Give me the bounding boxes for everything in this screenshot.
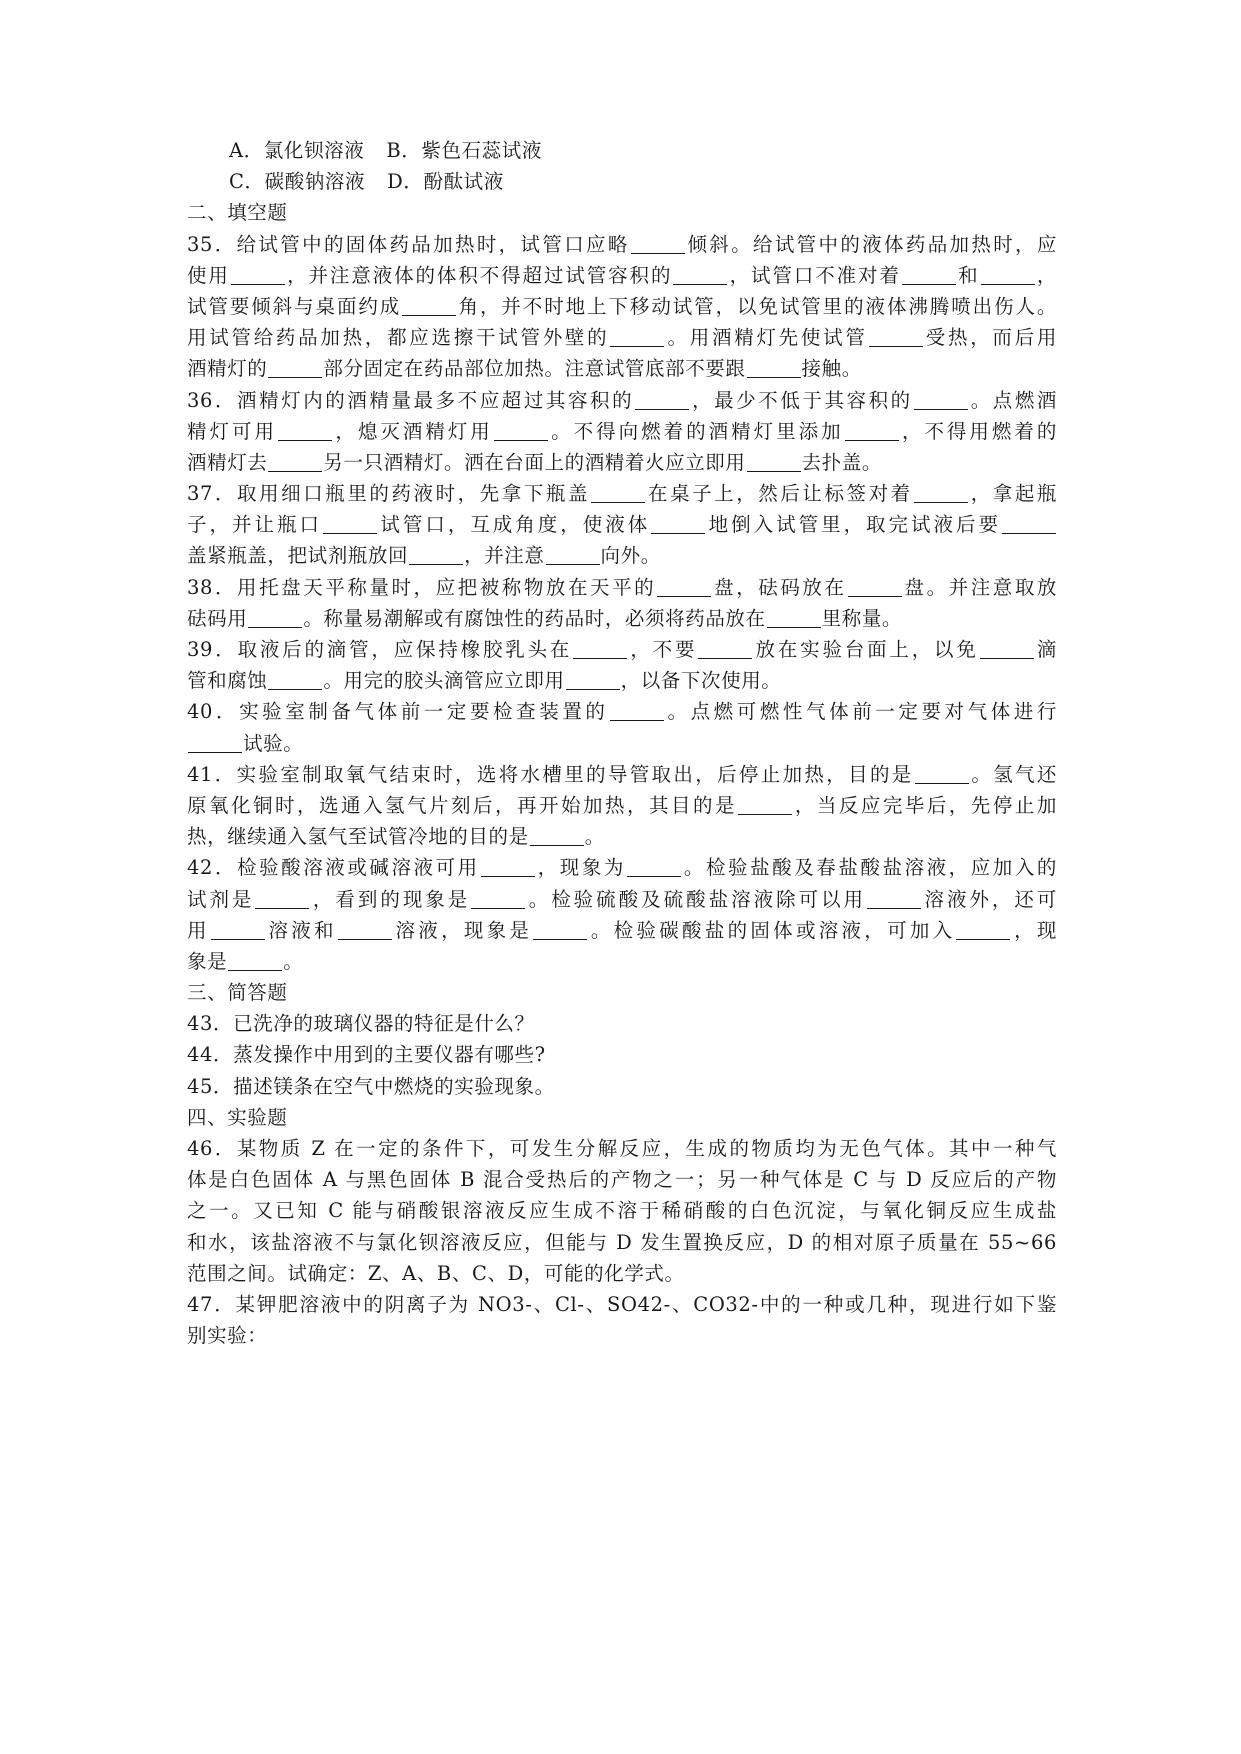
q41-line-2: 原氧化铜时，选通入氢气片刻后，再开始加热，其目的是，当反应完毕后，先停止加 <box>187 790 1057 821</box>
text-segment: 精灯可用 <box>187 420 277 443</box>
answer-blank <box>631 233 685 254</box>
text-segment: ，当反应完毕后，先停止加 <box>793 794 1057 817</box>
answer-blank <box>338 919 392 940</box>
text-segment: 溶液外，还可 <box>922 888 1057 911</box>
answer-blank <box>494 420 548 441</box>
q46-line-4: 和水，该盐溶液不与氯化钡溶液反应，但能与 D 发生置换反应，D 的相对原子质量在… <box>187 1227 1057 1258</box>
answer-blank <box>481 856 535 877</box>
q35-line-1: 35．给试管中的固体药品加热时，试管口应略倾斜。给试管中的液体药品加热时，应 <box>187 229 1057 260</box>
answer-blank <box>914 482 968 503</box>
answer-blank <box>657 576 711 597</box>
answer-blank <box>268 357 322 378</box>
text-segment: 盘。并注意取放 <box>903 576 1057 599</box>
text-segment: 砝码用 <box>187 607 247 630</box>
text-segment: 38．用托盘天平称量时，应把被称物放在天平的 <box>187 576 656 599</box>
q37-line-3: 盖紧瓶盖，把试剂瓶放回，并注意向外。 <box>187 540 1057 571</box>
answer-blank <box>981 264 1035 285</box>
question-44: 44．蒸发操作中用到的主要仪器有哪些? <box>187 1039 1057 1070</box>
answer-blank <box>915 763 969 784</box>
q42-line-4: 象是。 <box>187 946 1057 977</box>
text-segment: ，并注意液体的体积不得超过试管容积的 <box>286 264 673 287</box>
text-segment: 受热，而后用 <box>924 326 1057 349</box>
section-heading-experiment: 四、实验题 <box>187 1102 1057 1133</box>
text-segment: 管和腐蚀 <box>187 669 267 692</box>
text-segment: ，并注意 <box>464 544 544 567</box>
answer-blank <box>867 888 921 909</box>
answer-blank <box>747 451 801 472</box>
text-segment: 去扑盖。 <box>802 451 882 474</box>
answer-blank <box>231 264 285 285</box>
text-segment: 试管口，互成角度，使液体 <box>378 513 650 536</box>
q42-line-2: 试剂是，看到的现象是。检验硫酸及硫酸盐溶液除可以用溶液外，还可 <box>187 884 1057 915</box>
text-segment: 35．给试管中的固体药品加热时，试管口应略 <box>187 233 630 256</box>
answer-blank <box>188 732 242 753</box>
text-segment: 。不得向燃着的酒精灯里添加 <box>549 420 844 443</box>
q39-line-1: 39．取液后的滴管，应保持橡胶乳头在，不要放在实验台面上，以免滴 <box>187 634 1057 665</box>
text-segment: 41．实验室制取氧气结束时，选将水槽里的导管取出，后停止加热，目的是 <box>187 763 914 786</box>
options-row-ab: A．氯化钡溶液B．紫色石蕊试液 <box>187 135 1057 166</box>
answer-blank <box>402 295 456 316</box>
answer-blank <box>471 888 525 909</box>
text-segment: 。用酒精灯先使试管 <box>665 326 867 349</box>
answer-blank <box>228 950 282 971</box>
text-segment: 向外。 <box>601 544 661 567</box>
option-b-text: 紫色石蕊试液 <box>421 139 542 162</box>
answer-blank <box>956 919 1010 940</box>
text-segment: 。称量易潮解或有腐蚀性的药品时，必须将药品放在 <box>303 607 765 630</box>
text-segment: 放在实验台面上，以免 <box>753 638 978 661</box>
text-segment: 部分固定在药品部位加热。注意试管底部不要跟 <box>323 357 745 380</box>
text-segment: 热，继续通入氢气至试管冷地的目的是 <box>187 825 529 848</box>
text-segment: 36．酒精灯内的酒精量最多不应超过其容积的 <box>187 389 634 412</box>
answer-blank <box>323 513 377 534</box>
answer-blank <box>848 576 902 597</box>
q37-line-2: 子，并让瓶口试管口，互成角度，使液体地倒入试管里，取完试液后要 <box>187 509 1057 540</box>
answer-blank <box>902 264 956 285</box>
q41-line-1: 41．实验室制取氧气结束时，选将水槽里的导管取出，后停止加热，目的是。氢气还 <box>187 759 1057 790</box>
answer-blank <box>1002 513 1056 534</box>
text-segment: 。氢气还 <box>970 763 1057 786</box>
text-segment: ，不得用燃着的 <box>900 420 1057 443</box>
text-segment: 象是 <box>187 950 227 973</box>
q36-line-1: 36．酒精灯内的酒精量最多不应超过其容积的，最少不低于其容积的。点燃酒 <box>187 385 1057 416</box>
text-segment: 溶液和 <box>266 919 337 942</box>
text-segment: 使用 <box>187 264 230 287</box>
text-segment: 在桌子上，然后让标签对着 <box>646 482 913 505</box>
text-segment: ，不要 <box>628 638 697 661</box>
answer-blank <box>211 919 265 940</box>
text-segment: ，试管口不准对着 <box>728 264 901 287</box>
text-segment: 子，并让瓶口 <box>187 513 322 536</box>
answer-blank <box>635 389 689 410</box>
answer-blank <box>914 389 968 410</box>
text-segment: 37．取用细口瓶里的药液时，先拿下瓶盖 <box>187 482 590 505</box>
answer-blank <box>268 451 322 472</box>
text-segment: 接触。 <box>802 357 862 380</box>
text-segment: 原氧化铜时，选通入氢气片刻后，再开始加热，其目的是 <box>187 794 737 817</box>
q40-line-1: 40．实验室制备气体前一定要检查装置的。点燃可燃性气体前一定要对气体进行 <box>187 696 1057 727</box>
q35-line-2: 使用，并注意液体的体积不得超过试管容积的，试管口不准对着和， <box>187 260 1057 291</box>
answer-blank <box>869 326 923 347</box>
text-segment: 。用完的胶头滴管应立即用 <box>323 669 564 692</box>
text-segment: 角，并不时地上下移动试管，以免试管里的液体沸腾喷出伤人。 <box>457 295 1057 318</box>
answer-blank <box>533 919 587 940</box>
option-a-label: A． <box>229 139 264 162</box>
options-row-cd: C．碳酸钠溶液D．酚酞试液 <box>187 166 1057 197</box>
text-segment: ，拿起瓶 <box>969 482 1057 505</box>
answer-blank <box>698 638 752 659</box>
text-segment: 酒精灯的 <box>187 357 267 380</box>
text-segment: 地倒入试管里，取完试液后要 <box>706 513 1001 536</box>
text-segment: ，熄灭酒精灯用 <box>333 420 493 443</box>
q35-line-4: 用试管给药品加热，都应选擦干试管外壁的。用酒精灯先使试管受热，而后用 <box>187 322 1057 353</box>
q46-line-3: 之一。又已知 C 能与硝酸银溶液反应生成不溶于稀硝酸的白色沉淀，与氧化铜反应生成… <box>187 1195 1057 1226</box>
text-segment: 溶液，现象是 <box>393 919 532 942</box>
q42-line-1: 42．检验酸溶液或碱溶液可用，现象为。检验盐酸及春盐酸盐溶液，应加入的 <box>187 852 1057 883</box>
option-a-text: 氯化钡溶液 <box>264 139 365 162</box>
text-segment: 里称量。 <box>822 607 902 630</box>
q47-line-1: 47．某钾肥溶液中的阴离子为 NO3-、Cl-、SO42-、CO32-中的一种或… <box>187 1289 1057 1320</box>
option-d-label: D． <box>387 170 423 193</box>
text-segment: 。点燃可燃性气体前一定要对气体进行 <box>665 700 1058 723</box>
q46-line-2: 体是白色固体 A 与黑色固体 B 混合受热后的产物之一；另一种气体是 C 与 D… <box>187 1164 1057 1195</box>
text-segment: ，现 <box>1011 919 1057 942</box>
q42-line-3: 用溶液和溶液，现象是。检验碳酸盐的固体或溶液，可加入，现 <box>187 915 1057 946</box>
option-c-text: 碳酸钠溶液 <box>265 170 366 193</box>
answer-blank <box>738 794 792 815</box>
answer-blank <box>409 544 463 565</box>
answer-blank <box>980 638 1034 659</box>
answer-blank <box>767 607 821 628</box>
text-segment: 40．实验室制备气体前一定要检查装置的 <box>187 700 609 723</box>
q47-line-2: 别实验： <box>187 1320 1057 1351</box>
q40-line-2: 试验。 <box>187 728 1057 759</box>
text-segment: ，现象为 <box>536 856 626 879</box>
text-segment: 用试管给药品加热，都应选擦干试管外壁的 <box>187 326 609 349</box>
q38-line-2: 砝码用。称量易潮解或有腐蚀性的药品时，必须将药品放在里称量。 <box>187 603 1057 634</box>
answer-blank <box>845 420 899 441</box>
text-segment: 。检验盐酸及春盐酸盐溶液，应加入的 <box>682 856 1057 879</box>
text-segment: 滴 <box>1035 638 1057 661</box>
option-d-text: 酚酞试液 <box>423 170 503 193</box>
text-segment: 倾斜。给试管中的液体药品加热时，应 <box>686 233 1057 256</box>
answer-blank <box>546 544 600 565</box>
answer-blank <box>610 700 664 721</box>
answer-blank <box>573 638 627 659</box>
text-segment: 。检验碳酸盐的固体或溶液，可加入 <box>588 919 955 942</box>
answer-blank <box>747 357 801 378</box>
q39-line-2: 管和腐蚀。用完的胶头滴管应立即用，以备下次使用。 <box>187 665 1057 696</box>
answer-blank <box>248 607 302 628</box>
question-43: 43．已洗净的玻璃仪器的特征是什么？ <box>187 1008 1057 1039</box>
text-segment: 。点燃酒 <box>969 389 1057 412</box>
text-segment: 盖紧瓶盖，把试剂瓶放回 <box>187 544 408 567</box>
text-segment: 。检验硫酸及硫酸盐溶液除可以用 <box>526 888 866 911</box>
answer-blank <box>627 856 681 877</box>
text-segment: 试剂是 <box>187 888 254 911</box>
text-segment: 和 <box>957 264 980 287</box>
q36-line-3: 酒精灯去另一只酒精灯。洒在台面上的酒精着火应立即用去扑盖。 <box>187 447 1057 478</box>
answer-blank <box>530 825 584 846</box>
q35-line-3: 试管要倾斜与桌面约成角，并不时地上下移动试管，以免试管里的液体沸腾喷出伤人。 <box>187 291 1057 322</box>
answer-blank <box>566 669 620 690</box>
text-segment: 。 <box>283 950 303 973</box>
text-segment: ，最少不低于其容积的 <box>690 389 913 412</box>
answer-blank <box>591 482 645 503</box>
q46-line-5: 范围之间。试确定：Z、A、B、C、D，可能的化学式。 <box>187 1258 1057 1289</box>
option-c-label: C． <box>229 170 265 193</box>
section-heading-short-answer: 三、简答题 <box>187 977 1057 1008</box>
text-segment: ，看到的现象是 <box>310 888 470 911</box>
document-page: A．氯化钡溶液B．紫色石蕊试液 C．碳酸钠溶液D．酚酞试液 二、填空题 35．给… <box>187 135 1057 1351</box>
text-segment: ， <box>1036 264 1057 287</box>
q46-line-1: 46．某物质 Z 在一定的条件下，可发生分解反应，生成的物质均为无色气体。其中一… <box>187 1133 1057 1164</box>
text-segment: 39．取液后的滴管，应保持橡胶乳头在 <box>187 638 572 661</box>
text-segment: 酒精灯去 <box>187 451 267 474</box>
q35-line-5: 酒精灯的部分固定在药品部位加热。注意试管底部不要跟接触。 <box>187 353 1057 384</box>
answer-blank <box>278 420 332 441</box>
answer-blank <box>255 888 309 909</box>
q37-line-1: 37．取用细口瓶里的药液时，先拿下瓶盖在桌子上，然后让标签对着，拿起瓶 <box>187 478 1057 509</box>
q36-line-2: 精灯可用，熄灭酒精灯用。不得向燃着的酒精灯里添加，不得用燃着的 <box>187 416 1057 447</box>
text-segment: 试管要倾斜与桌面约成 <box>187 295 401 318</box>
text-segment: 另一只酒精灯。洒在台面上的酒精着火应立即用 <box>323 451 745 474</box>
answer-blank <box>673 264 727 285</box>
q38-line-1: 38．用托盘天平称量时，应把被称物放在天平的盘，砝码放在盘。并注意取放 <box>187 572 1057 603</box>
text-segment: 42．检验酸溶液或碱溶液可用 <box>187 856 480 879</box>
answer-blank <box>651 513 705 534</box>
answer-blank <box>268 669 322 690</box>
section-heading-fill-in: 二、填空题 <box>187 197 1057 228</box>
option-b-label: B． <box>386 139 421 162</box>
text-segment: 盘，砝码放在 <box>712 576 846 599</box>
text-segment: ，以备下次使用。 <box>621 669 782 692</box>
text-segment: 用 <box>187 919 210 942</box>
q41-line-3: 热，继续通入氢气至试管冷地的目的是。 <box>187 821 1057 852</box>
answer-blank <box>610 326 664 347</box>
question-45: 45．描述镁条在空气中燃烧的实验现象。 <box>187 1071 1057 1102</box>
text-segment: 试验。 <box>243 732 303 755</box>
text-segment: 。 <box>585 825 605 848</box>
